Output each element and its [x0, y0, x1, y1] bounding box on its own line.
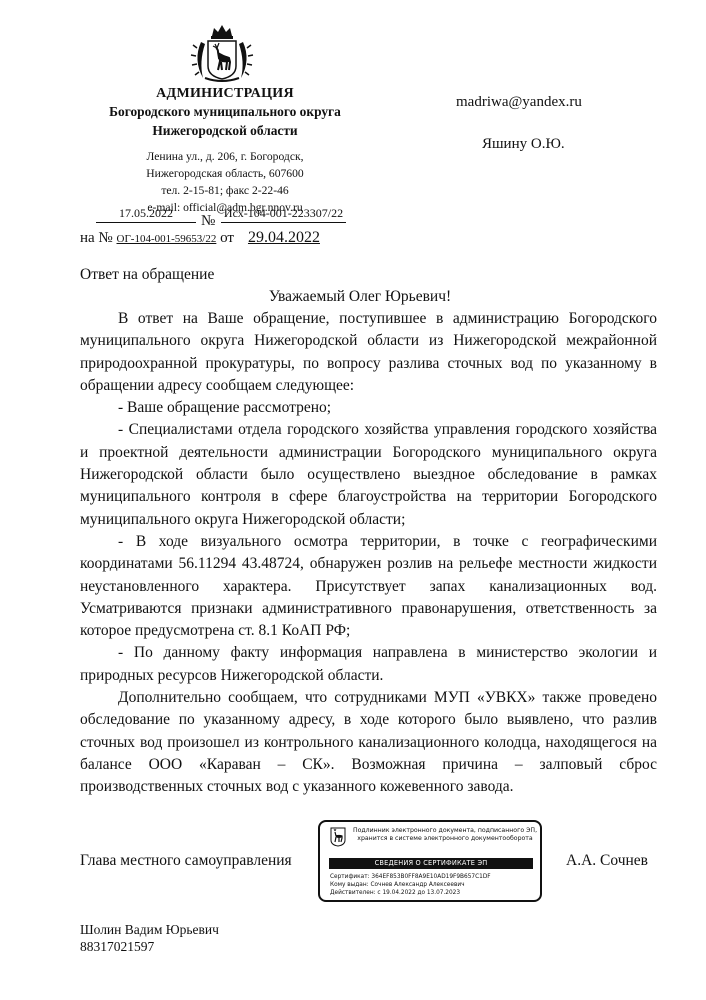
- signer-name: А.А. Сочнев: [566, 852, 648, 870]
- outgoing-number: Исх-104-001-223307/22: [221, 206, 346, 223]
- body-paragraph: - По данному факту информация направлена…: [80, 642, 657, 687]
- stamp-header-line: хранится в системе электронного документ…: [350, 835, 540, 843]
- phone-line: тел. 2-15-81; факс 2-22-46: [80, 182, 370, 199]
- certificate-validity: Действителен: с 19.04.2022 до 13.07.2023: [330, 889, 491, 897]
- number-sign: №: [201, 213, 215, 230]
- greeting: Уважаемый Олег Юрьевич!: [80, 288, 640, 306]
- nizhny-novgorod-coat-of-arms-icon: [187, 22, 257, 86]
- address-line: Ленина ул., д. 206, г. Богородск,: [80, 148, 370, 165]
- certificate-owner: Кому выдан: Сочнев Александр Алексеевич: [330, 881, 491, 889]
- executor-name: Шолин Вадим Юрьевич: [80, 922, 219, 938]
- organization-subtitle-line1: Богородского муниципального округа: [80, 104, 370, 120]
- stamp-band: СВЕДЕНИЯ О СЕРТИФИКАТЕ ЭП: [329, 858, 533, 869]
- organization-subtitle-line2: Нижегородской области: [80, 123, 370, 139]
- executor-phone: 88317021597: [80, 939, 154, 955]
- body-paragraph: - В ходе визуального осмотра территории,…: [80, 531, 657, 642]
- reference-from-label: от: [220, 230, 234, 246]
- stamp-header: Подлинник электронного документа, подпис…: [350, 827, 540, 844]
- reference-date: 29.04.2022: [234, 229, 320, 247]
- address-line: Нижегородская область, 607600: [80, 165, 370, 182]
- stamp-details: Сертификат: 364EF853B0FF8A9E10AD19F9B657…: [330, 873, 491, 897]
- reference-number: ОГ-104-001-59653/22: [117, 233, 217, 245]
- deer-emblem-icon: [330, 827, 346, 847]
- outgoing-date: 17.05.2022: [96, 206, 196, 223]
- body-paragraph: - Ваше обращение рассмотрено;: [80, 397, 657, 419]
- organization-title: АДМИНИСТРАЦИЯ: [80, 86, 370, 102]
- letter-body: В ответ на Ваше обращение, поступившее в…: [80, 308, 657, 799]
- addressee-email: madriwa@yandex.ru: [456, 94, 582, 111]
- addressee-name: Яшину О.Ю.: [482, 136, 565, 153]
- body-paragraph: В ответ на Ваше обращение, поступившее в…: [80, 308, 657, 397]
- body-paragraph: Дополнительно сообщаем, что сотрудниками…: [80, 687, 657, 798]
- reference-line: на № ОГ-104-001-59653/22 от29.04.2022: [80, 229, 320, 247]
- certificate-id: Сертификат: 364EF853B0FF8A9E10AD19F9B657…: [330, 873, 491, 881]
- letter-subject: Ответ на обращение: [80, 266, 214, 284]
- reference-prefix: на №: [80, 230, 113, 246]
- signer-position: Глава местного самоуправления: [80, 852, 292, 870]
- electronic-signature-stamp: Подлинник электронного документа, подпис…: [318, 820, 542, 902]
- body-paragraph: - Специалистами отдела городского хозяйс…: [80, 419, 657, 530]
